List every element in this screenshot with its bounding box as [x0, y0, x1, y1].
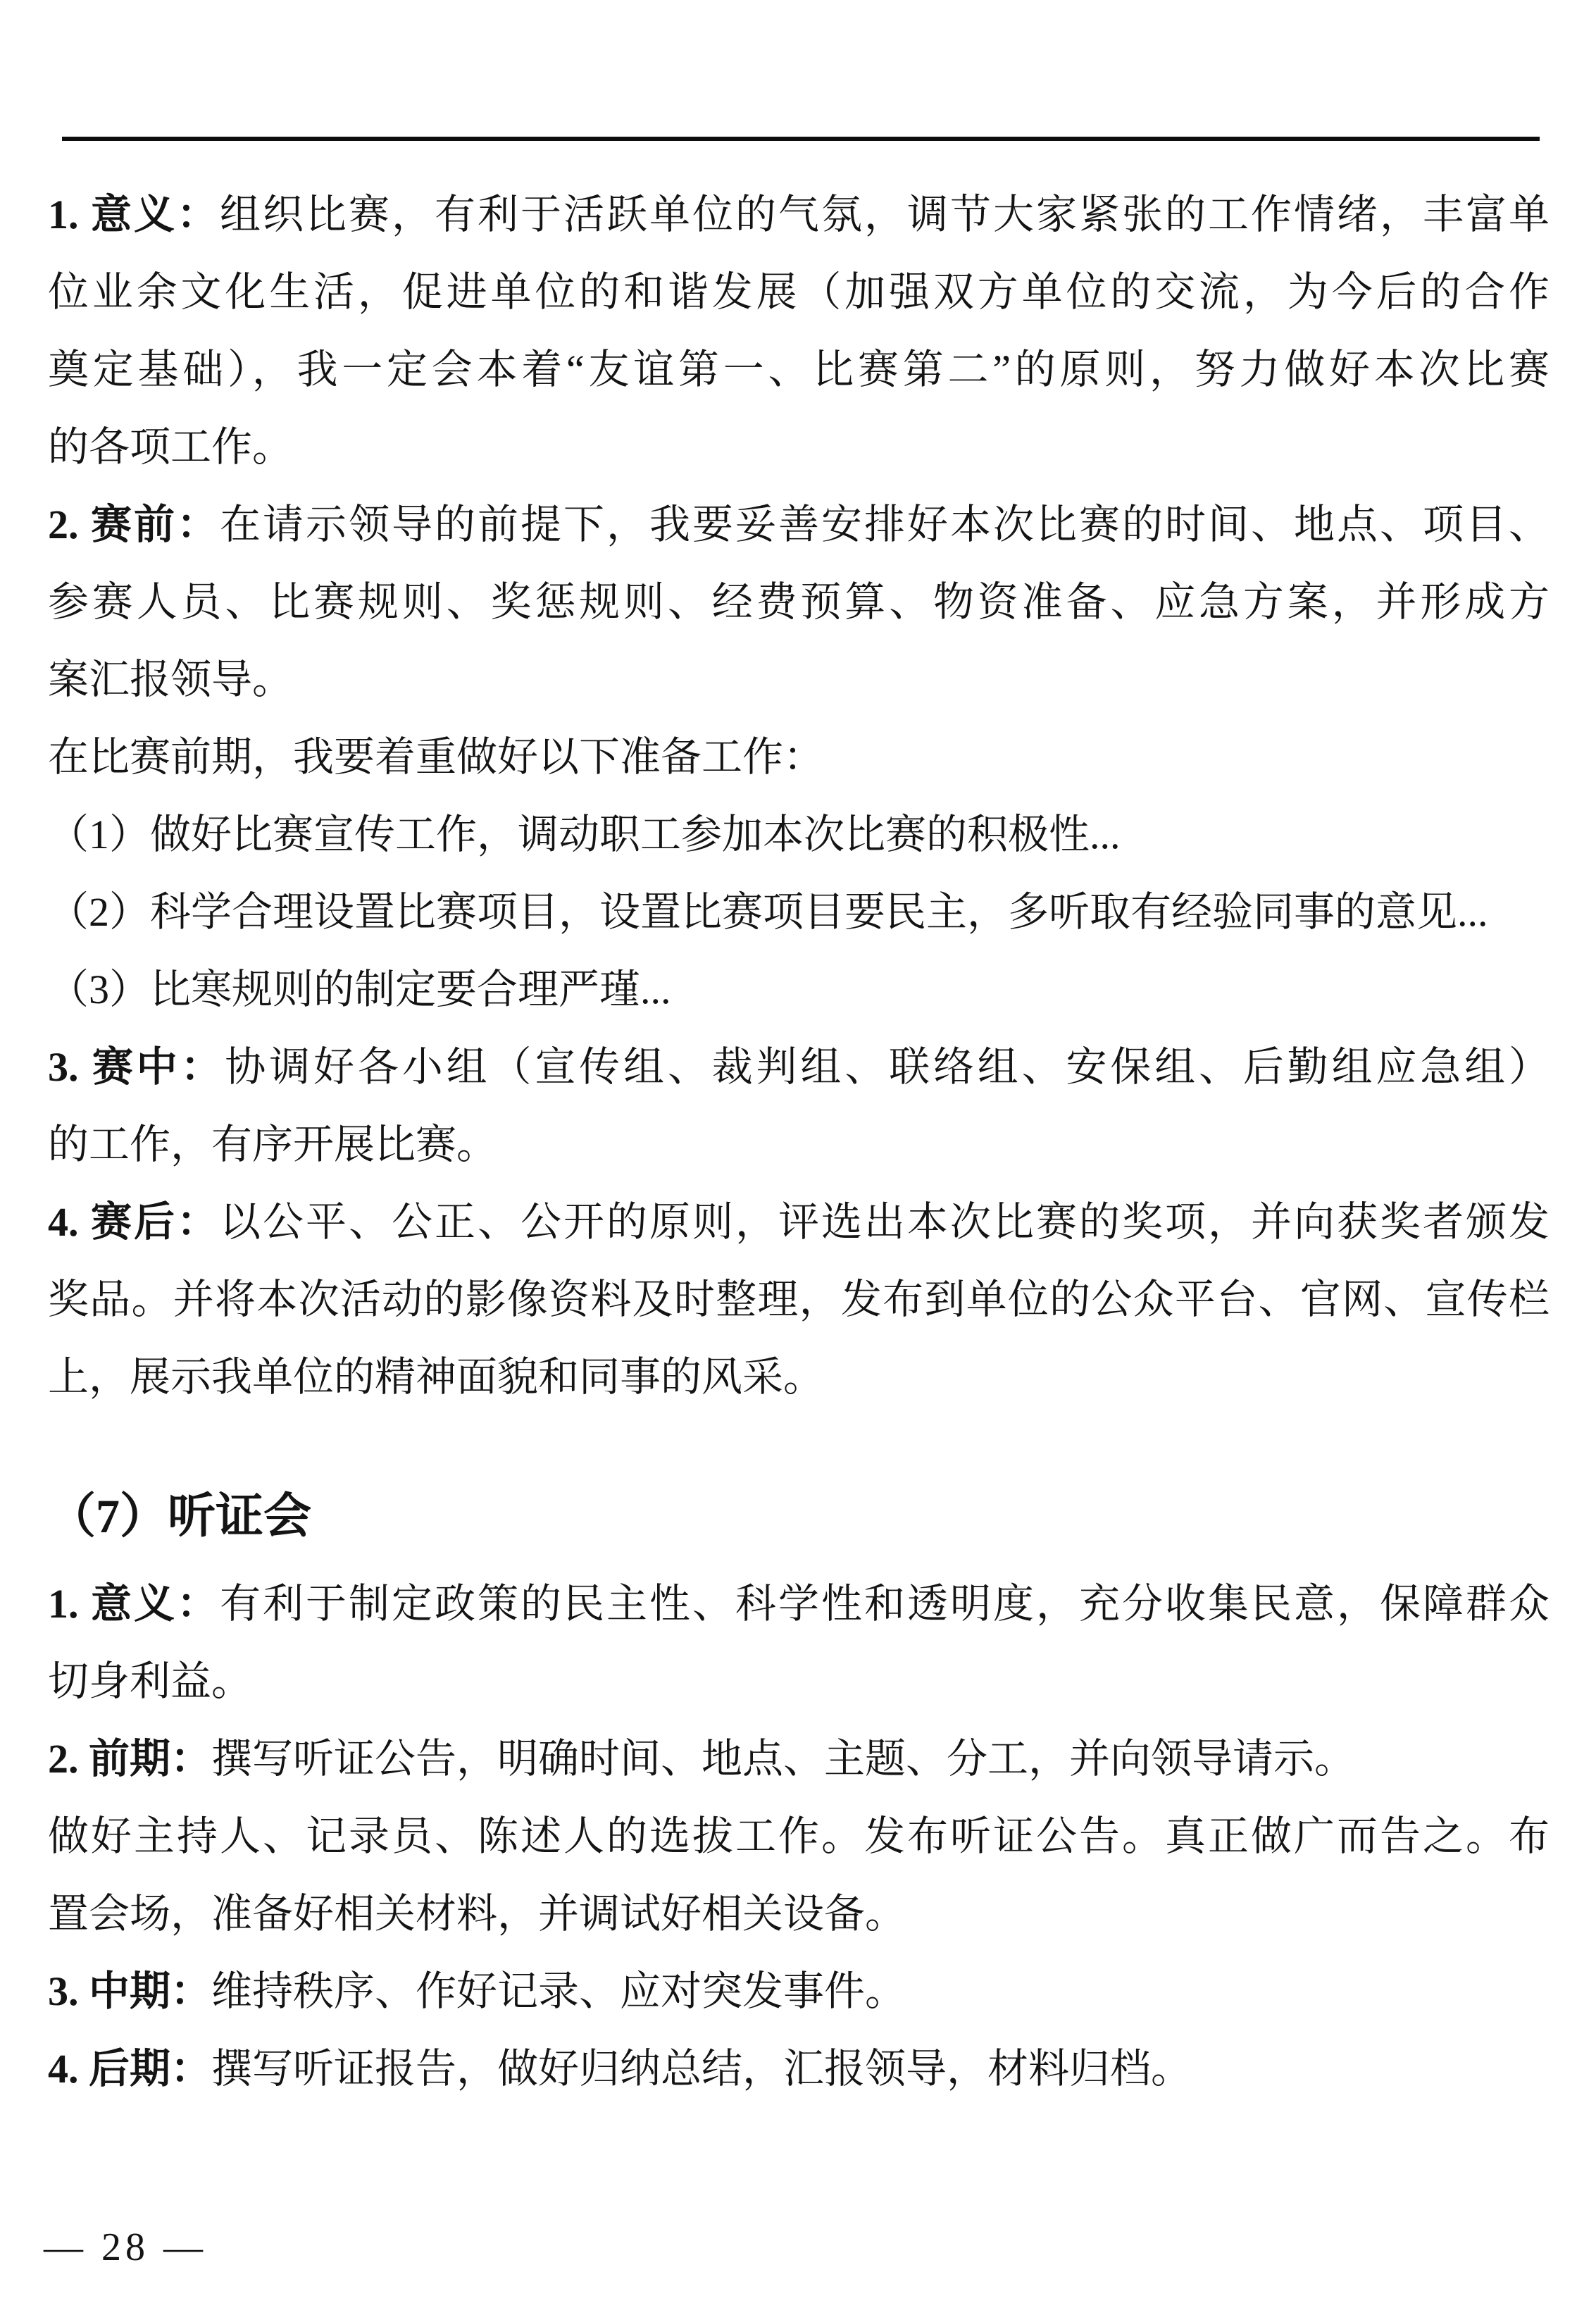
text-line: 4. 赛后：以公平、公正、公开的原则，评选出本次比赛的奖项，并向获奖者颁发	[48, 1184, 1550, 1261]
line-text: 上，展示我单位的精神面貌和同事的风采。	[48, 1354, 824, 1400]
line-prefix: 4. 后期：	[48, 2046, 211, 2092]
text-line: 2. 赛前：在请示领导的前提下，我要妥善安排好本次比赛的时间、地点、项目、	[48, 486, 1550, 564]
line-text: 维持秩序、作好记录、应对突发事件。	[211, 1968, 906, 2014]
line-text: 切身利益。	[48, 1658, 252, 1704]
document-page: 1. 意义：组织比赛，有利于活跃单位的气氛，调节大家紧张的工作情绪，丰富单 位业…	[0, 0, 1596, 2322]
line-prefix: 2. 前期：	[48, 1736, 211, 1782]
line-text: 协调好各小组（宣传组、裁判组、联络组、安保组、后勤组应急组）	[225, 1044, 1550, 1090]
line-text: 组织比赛，有利于活跃单位的气氛，调节大家紧张的工作情绪，丰富单	[220, 192, 1550, 237]
text-line: 1. 意义：有利于制定政策的民主性、科学性和透明度，充分收集民意，保障群众	[48, 1565, 1550, 1643]
text-line: 上，展示我单位的精神面貌和同事的风采。	[48, 1339, 1550, 1416]
line-text: （3）比寒规则的制定要合理严瑾...	[48, 967, 671, 1012]
line-text: 的工作，有序开展比赛。	[48, 1122, 497, 1167]
text-line: 2. 前期：撰写听证公告，明确时间、地点、主题、分工，并向领导请示。	[48, 1720, 1550, 1798]
line-text: 奖品。并将本次活动的影像资料及时整理，发布到单位的公众平台、官网、宣传栏	[48, 1277, 1550, 1322]
line-prefix: 3. 中期：	[48, 1968, 211, 2014]
text-line: 奖品。并将本次活动的影像资料及时整理，发布到单位的公众平台、官网、宣传栏	[48, 1261, 1550, 1339]
text-line: 位业余文化生活，促进单位的和谐发展（加强双方单位的交流，为今后的合作	[48, 254, 1550, 331]
section-heading: （7）听证会	[48, 1467, 1550, 1565]
text-line: 3. 赛中：协调好各小组（宣传组、裁判组、联络组、安保组、后勤组应急组）	[48, 1029, 1550, 1106]
text-line: 参赛人员、比赛规则、奖惩规则、经费预算、物资准备、应急方案，并形成方	[48, 564, 1550, 641]
text-line: 4. 后期：撰写听证报告，做好归纳总结，汇报领导，材料归档。	[48, 2030, 1550, 2108]
text-line: 奠定基础），我一定会本着“友谊第一、比赛第二”的原则，努力做好本次比赛	[48, 331, 1550, 409]
line-text: 位业余文化生活，促进单位的和谐发展（加强双方单位的交流，为今后的合作	[48, 269, 1550, 315]
text-line: 1. 意义：组织比赛，有利于活跃单位的气氛，调节大家紧张的工作情绪，丰富单	[48, 176, 1550, 254]
text-line: 做好主持人、记录员、陈述人的选拔工作。发布听证公告。真正做广而告之。布	[48, 1798, 1550, 1875]
line-text: 奠定基础），我一定会本着“友谊第一、比赛第二”的原则，努力做好本次比赛	[48, 347, 1550, 392]
line-text: 的各项工作。	[48, 424, 293, 470]
line-text: 在请示领导的前提下，我要妥善安排好本次比赛的时间、地点、项目、	[220, 502, 1550, 547]
line-prefix: 3. 赛中：	[48, 1044, 225, 1090]
text-line: （3）比寒规则的制定要合理严瑾...	[48, 951, 1550, 1029]
line-prefix: 1. 意义：	[48, 192, 220, 237]
text-line: 的各项工作。	[48, 409, 1550, 486]
line-prefix: 2. 赛前：	[48, 502, 220, 547]
line-text: 撰写听证公告，明确时间、地点、主题、分工，并向领导请示。	[211, 1736, 1355, 1782]
text-line: （2）科学合理设置比赛项目，设置比赛项目要民主，多听取有经验同事的意见...	[48, 874, 1550, 951]
line-text: 参赛人员、比赛规则、奖惩规则、经费预算、物资准备、应急方案，并形成方	[48, 579, 1550, 625]
text-line: 3. 中期：维持秩序、作好记录、应对突发事件。	[48, 1953, 1550, 2030]
line-prefix: 4. 赛后：	[48, 1199, 220, 1245]
text-line: 案汇报领导。	[48, 641, 1550, 719]
line-text: 置会场，准备好相关材料，并调试好相关设备。	[48, 1891, 906, 1937]
line-text: 做好主持人、记录员、陈述人的选拔工作。发布听证公告。真正做广而告之。布	[48, 1813, 1550, 1859]
text-line: （1）做好比赛宣传工作，调动职工参加本次比赛的积极性...	[48, 796, 1550, 874]
line-prefix: 1. 意义：	[48, 1581, 220, 1627]
text-line: 切身利益。	[48, 1643, 1550, 1720]
line-text: 以公平、公正、公开的原则，评选出本次比赛的奖项，并向获奖者颁发	[220, 1199, 1550, 1245]
line-text: 案汇报领导。	[48, 657, 293, 702]
line-text: 有利于制定政策的民主性、科学性和透明度，充分收集民意，保障群众	[220, 1581, 1550, 1627]
text-line: 置会场，准备好相关材料，并调试好相关设备。	[48, 1875, 1550, 1953]
line-text: （2）科学合理设置比赛项目，设置比赛项目要民主，多听取有经验同事的意见...	[48, 889, 1488, 935]
header-rule	[62, 137, 1540, 141]
text-line: 在比赛前期，我要着重做好以下准备工作：	[48, 719, 1550, 796]
line-text: 撰写听证报告，做好归纳总结，汇报领导，材料归档。	[211, 2046, 1192, 2092]
page-content: 1. 意义：组织比赛，有利于活跃单位的气氛，调节大家紧张的工作情绪，丰富单 位业…	[48, 176, 1550, 2108]
line-text: （1）做好比赛宣传工作，调动职工参加本次比赛的积极性...	[48, 812, 1121, 857]
line-text: 在比赛前期，我要着重做好以下准备工作：	[48, 734, 824, 780]
text-line: 的工作，有序开展比赛。	[48, 1106, 1550, 1184]
page-number: — 28 —	[44, 2228, 207, 2267]
